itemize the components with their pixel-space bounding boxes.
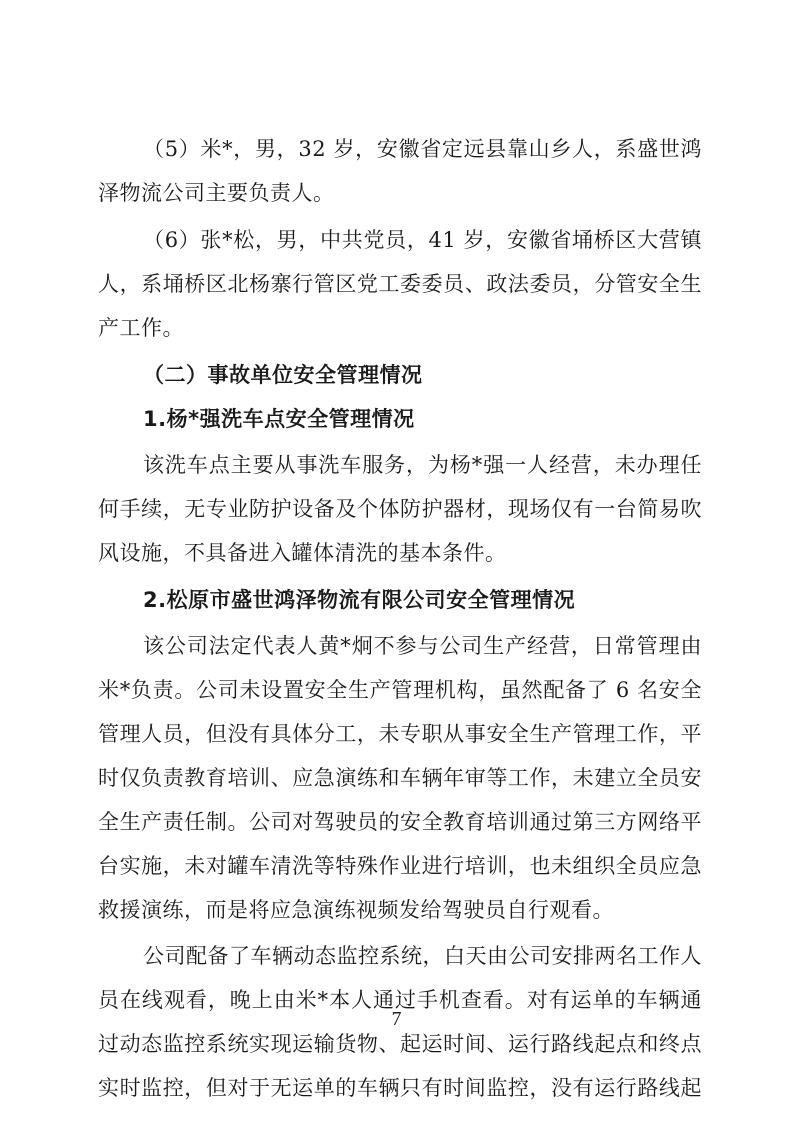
paragraph-line: 该洗车点主要从事洗车服务，为杨*强一人经营，未办理任 bbox=[143, 452, 702, 478]
section-heading: （二）事故单位安全管理情况 bbox=[143, 362, 702, 388]
paragraph-line: 人，系埇桥区北杨寨行管区党工委委员、政法委员，分管安全生 bbox=[98, 271, 702, 297]
paragraph-line: 产工作。 bbox=[98, 315, 702, 341]
paragraph-line: 台实施，未对罐车清洗等特殊作业进行培训，也未组织全员应急 bbox=[98, 853, 702, 879]
section-heading: 1.杨*强洗车点安全管理情况 bbox=[143, 406, 702, 432]
paragraph-line: 该公司法定代表人黄*炯不参与公司生产经营，日常管理由 bbox=[143, 633, 702, 659]
paragraph-line: （5）米*，男，32 岁，安徽省定远县靠山乡人，系盛世鸿 bbox=[143, 136, 702, 162]
paragraph-line: 救援演练，而是将应急演练视频发给驾驶员自行观看。 bbox=[98, 897, 702, 923]
page-number: 7 bbox=[0, 1008, 793, 1031]
paragraph-line: 时仅负责教育培训、应急演练和车辆年审等工作，未建立全员安 bbox=[98, 765, 702, 791]
paragraph-line: 米*负责。公司未设置安全生产管理机构，虽然配备了 6 名安全 bbox=[98, 677, 702, 703]
paragraph-line: 管理人员，但没有具体分工，未专职从事安全生产管理工作，平 bbox=[98, 721, 702, 747]
paragraph-line: 全生产责任制。公司对驾驶员的安全教育培训通过第三方网络平 bbox=[98, 809, 702, 835]
section-heading: 2.松原市盛世鸿泽物流有限公司安全管理情况 bbox=[143, 587, 702, 613]
paragraph-line: 泽物流公司主要负责人。 bbox=[98, 180, 702, 206]
paragraph-line: 过动态监控系统实现运输货物、起运时间、运行路线起点和终点 bbox=[98, 1031, 702, 1057]
paragraph-line: 风设施，不具备进入罐体清洗的基本条件。 bbox=[98, 540, 702, 566]
paragraph-line: 公司配备了车辆动态监控系统，白天由公司安排两名工作人 bbox=[143, 943, 702, 969]
paragraph-line: 何手续，无专业防护设备及个体防护器材，现场仅有一台简易吹 bbox=[98, 496, 702, 522]
document-page: （5）米*，男，32 岁，安徽省定远县靠山乡人，系盛世鸿泽物流公司主要负责人。（… bbox=[0, 0, 793, 1122]
paragraph-line: （6）张*松，男，中共党员，41 岁，安徽省埇桥区大营镇 bbox=[143, 227, 702, 253]
paragraph-line: 实时监控，但对于无运单的车辆只有时间监控，没有运行路线起 bbox=[98, 1075, 702, 1101]
